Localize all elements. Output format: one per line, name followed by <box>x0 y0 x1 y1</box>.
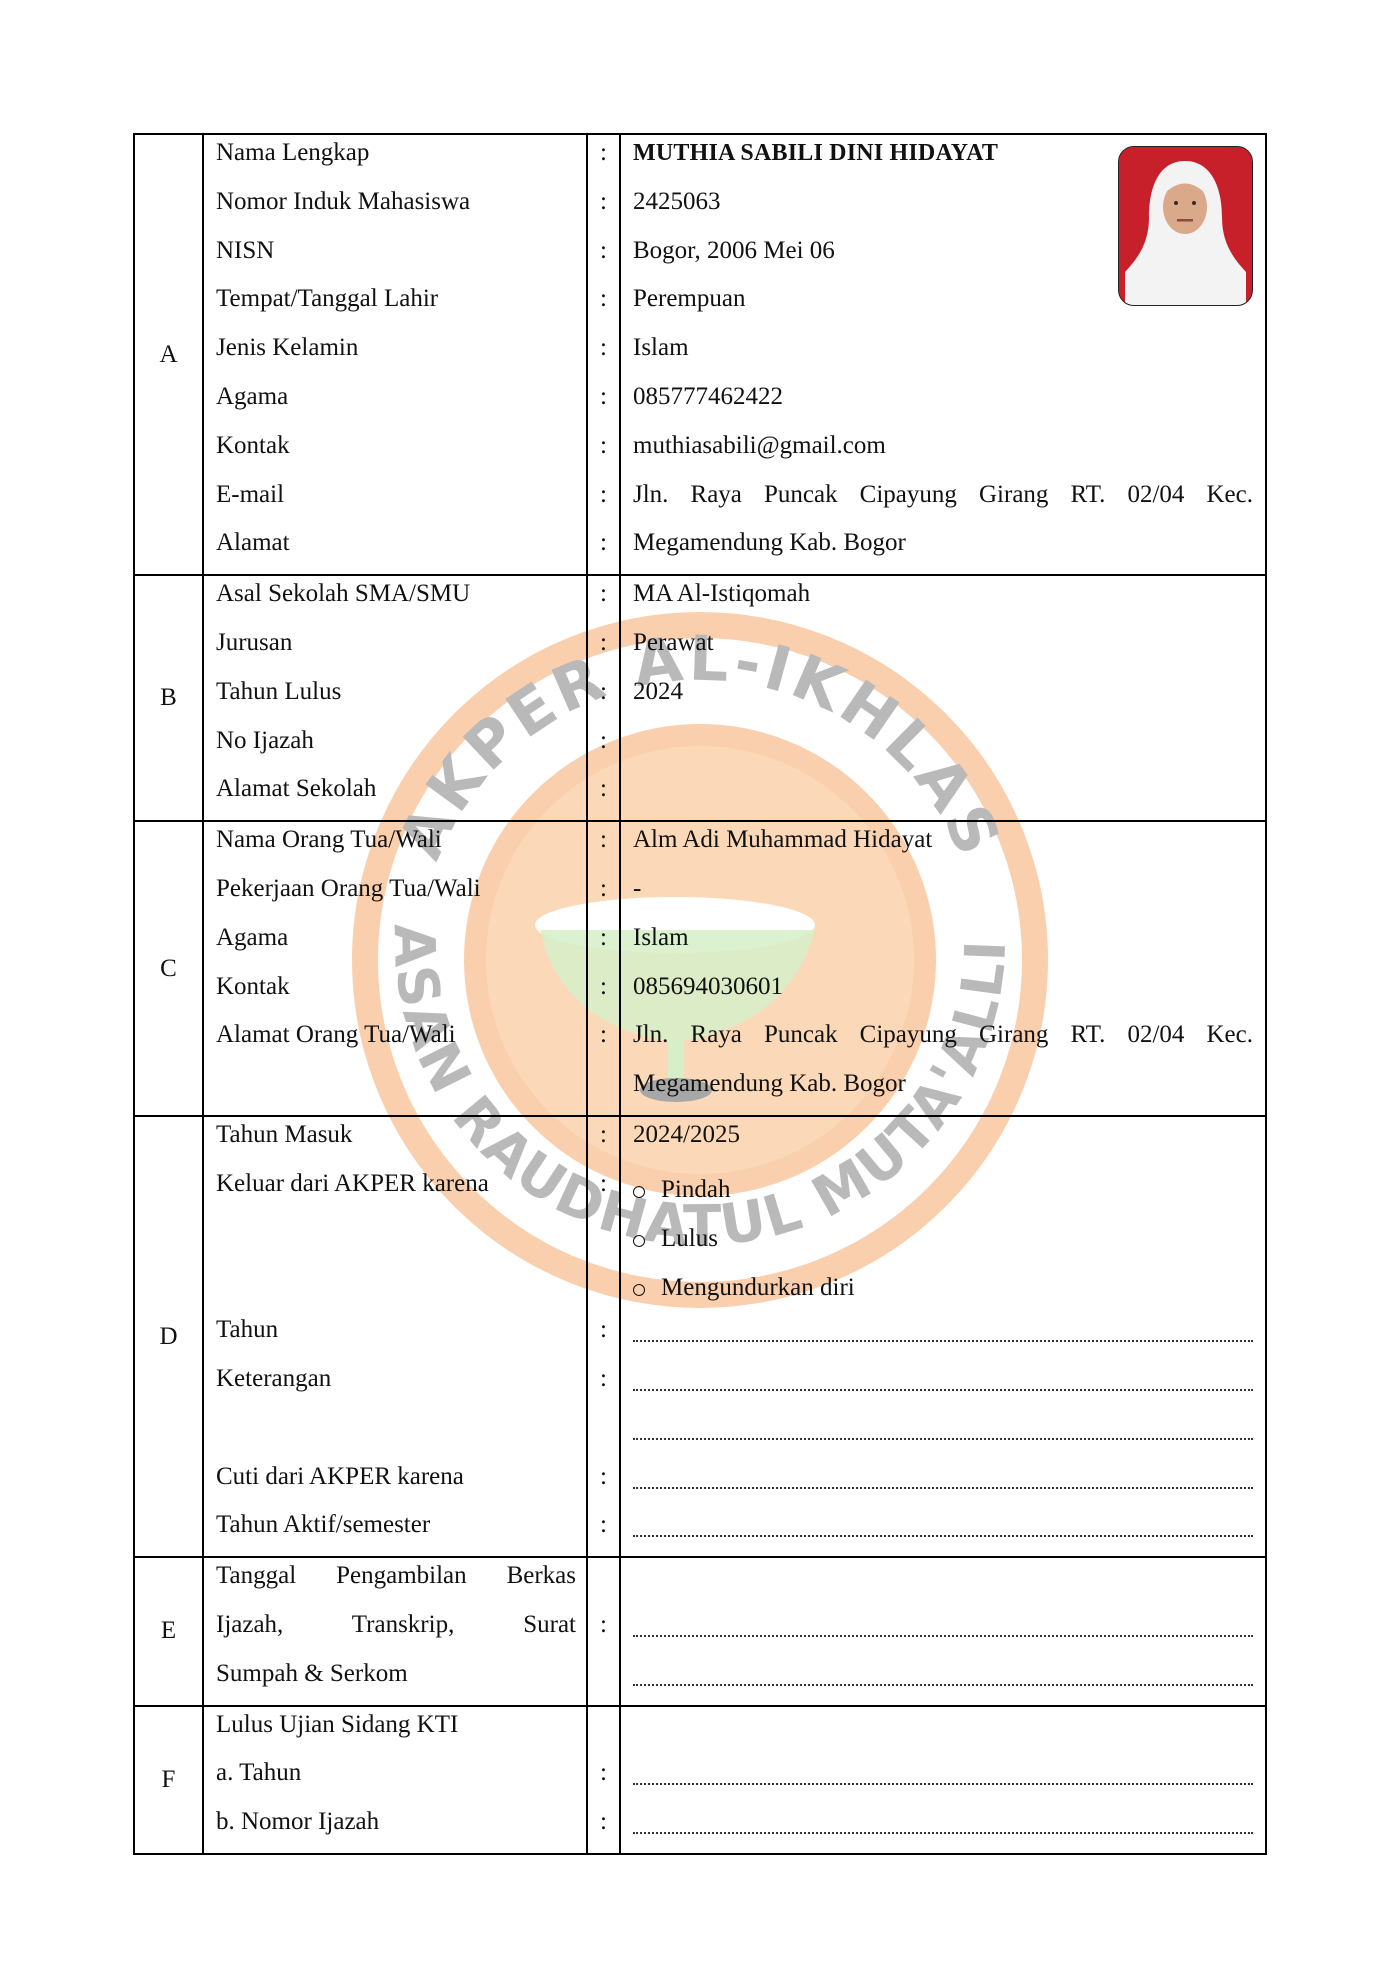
field-label-0: Tahun Masuk <box>204 1117 586 1166</box>
section-a-colons: ::::::::: <box>587 134 620 575</box>
colon-separator-1: : <box>588 625 619 674</box>
field-label-0: Asal Sekolah SMA/SMU <box>204 576 586 625</box>
field-label-1: Nomor Induk Mahasiswa <box>204 184 586 233</box>
field-label-0: Nama Lengkap <box>204 135 586 184</box>
kti-nomor-ijazah-blank[interactable] <box>621 1804 1265 1853</box>
colon-separator-5: : <box>588 379 619 428</box>
colon-separator-2: : <box>588 674 619 723</box>
section-f: F Lulus Ujian Sidang KTIa. Tahunb. Nomor… <box>134 1706 1266 1854</box>
colon-separator-2 <box>588 1215 619 1264</box>
tanggal-berkas-blank-2[interactable] <box>621 1656 1265 1705</box>
section-c-labels: Nama Orang Tua/WaliPekerjaan Orang Tua/W… <box>203 821 587 1116</box>
field-label-3: No Ijazah <box>204 723 586 772</box>
colon-separator-7: : <box>588 1459 619 1508</box>
field-value-1: - <box>621 871 1265 920</box>
field-label-1: a. Tahun <box>204 1755 586 1804</box>
field-value-5: Megamendung Kab. Bogor <box>621 1066 1265 1115</box>
section-f-labels: Lulus Ujian Sidang KTIa. Tahunb. Nomor I… <box>203 1706 587 1854</box>
colon-separator-4: : <box>588 1017 619 1066</box>
field-value-1: Perawat <box>621 625 1265 674</box>
section-letter: D <box>134 1116 203 1557</box>
field-label-7: Cuti dari AKPER karena <box>204 1459 586 1508</box>
colon-separator-1: : <box>588 1166 619 1215</box>
colon-separator-1: : <box>588 871 619 920</box>
kti-tahun-blank[interactable] <box>621 1755 1265 1804</box>
field-value-2: Islam <box>621 920 1265 969</box>
section-letter: C <box>134 821 203 1116</box>
colon-separator-4: : <box>588 330 619 379</box>
tahun-aktif-blank[interactable] <box>621 1507 1265 1556</box>
field-label-2: Agama <box>204 920 586 969</box>
field-label-7: E-mail <box>204 477 586 526</box>
section-c: C Nama Orang Tua/WaliPekerjaan Orang Tua… <box>134 821 1266 1116</box>
section-a-labels: Nama LengkapNomor Induk MahasiswaNISNTem… <box>203 134 587 575</box>
field-label-3: Kontak <box>204 969 586 1018</box>
field-label-2 <box>204 1215 586 1264</box>
field-value-3 <box>621 723 1265 772</box>
section-a-values: MUTHIA SABILI DINI HIDAYAT2425063Bogor, … <box>620 134 1266 575</box>
field-label-5: Agama <box>204 379 586 428</box>
cuti-blank[interactable] <box>621 1459 1265 1508</box>
colon-separator-0: : <box>588 135 619 184</box>
colon-separator-3: : <box>588 969 619 1018</box>
exit-option-mengundurkan-diri[interactable]: Mengundurkan diri <box>621 1263 1265 1312</box>
keterangan-blank-2[interactable] <box>621 1410 1265 1459</box>
field-label-3: Tempat/Tanggal Lahir <box>204 281 586 330</box>
colon-separator-7: : <box>588 477 619 526</box>
berkas-label-line-1: Tanggal Pengambilan Berkas <box>216 1558 576 1594</box>
section-f-colons: :: <box>587 1706 620 1854</box>
tanggal-berkas-blank-1[interactable] <box>621 1607 1265 1656</box>
colon-separator-8: : <box>588 525 619 574</box>
section-letter: A <box>134 134 203 575</box>
colon-separator-6 <box>588 1410 619 1459</box>
field-value-8: Megamendung Kab. Bogor <box>621 525 1265 574</box>
section-d: D Tahun MasukKeluar dari AKPER karenaTah… <box>134 1116 1266 1557</box>
section-b-colons: ::::: <box>587 575 620 821</box>
colon-separator-1: : <box>588 184 619 233</box>
colon-separator-1: : <box>588 1607 619 1656</box>
colon-separator-2: : <box>588 1804 619 1853</box>
exit-option-pindah[interactable]: Pindah <box>621 1166 1265 1215</box>
keterangan-blank-1[interactable] <box>621 1361 1265 1410</box>
field-value-5: 085777462422 <box>621 379 1265 428</box>
section-d-colons: :::::: <box>587 1116 620 1557</box>
section-a: A Nama LengkapNomor Induk MahasiswaNISNT… <box>134 134 1266 575</box>
section-e-colons: : <box>587 1557 620 1705</box>
field-value-3: 085694030601 <box>621 969 1265 1018</box>
berkas-label-line-2: Ijazah, Transkrip, Surat <box>216 1607 576 1643</box>
field-label-2: b. Nomor Ijazah <box>204 1804 586 1853</box>
section-b: B Asal Sekolah SMA/SMUJurusanTahun Lulus… <box>134 575 1266 821</box>
field-label-1: Pekerjaan Orang Tua/Wali <box>204 871 586 920</box>
field-value-4: Islam <box>621 330 1265 379</box>
field-label-1: Jurusan <box>204 625 586 674</box>
section-e-values <box>620 1557 1266 1705</box>
field-label-2: NISN <box>204 233 586 282</box>
student-data-table: A Nama LengkapNomor Induk MahasiswaNISNT… <box>133 133 1267 1855</box>
field-label-4: Alamat Sekolah <box>204 771 586 820</box>
tahun-keluar-blank[interactable] <box>621 1312 1265 1361</box>
section-letter: E <box>134 1557 203 1705</box>
colon-separator-0 <box>588 1707 619 1756</box>
field-label-5: Keterangan <box>204 1361 586 1410</box>
colon-separator-4: : <box>588 771 619 820</box>
field-label-0: Nama Orang Tua/Wali <box>204 822 586 871</box>
colon-separator-5 <box>588 1066 619 1115</box>
field-value-0: Alm Adi Muhammad Hidayat <box>621 822 1265 871</box>
section-e-labels: Tanggal Pengambilan Berkas Ijazah, Trans… <box>203 1557 587 1705</box>
field-label-8: Alamat <box>204 525 586 574</box>
field-value-2: 2024 <box>621 674 1265 723</box>
colon-separator-4: : <box>588 1312 619 1361</box>
field-label-3 <box>204 1263 586 1312</box>
section-letter: B <box>134 575 203 821</box>
field-label-8: Tahun Aktif/semester <box>204 1507 586 1556</box>
colon-separator-3 <box>588 1263 619 1312</box>
section-c-colons: ::::: <box>587 821 620 1116</box>
field-value-4: Jln. Raya Puncak Cipayung Girang RT. 02/… <box>621 1017 1265 1066</box>
colon-separator-3: : <box>588 281 619 330</box>
section-b-labels: Asal Sekolah SMA/SMUJurusanTahun LulusNo… <box>203 575 587 821</box>
field-value-6: muthiasabili@gmail.com <box>621 428 1265 477</box>
exit-option-lulus[interactable]: Lulus <box>621 1215 1265 1264</box>
field-label-0: Lulus Ujian Sidang KTI <box>204 1707 586 1756</box>
section-f-values <box>620 1706 1266 1854</box>
colon-separator-0 <box>588 1558 619 1607</box>
radio-circle-icon[interactable] <box>633 1186 645 1198</box>
section-c-values: Alm Adi Muhammad Hidayat-Islam0856940306… <box>620 821 1266 1116</box>
student-photo <box>1118 146 1253 306</box>
field-value-4 <box>621 771 1265 820</box>
colon-separator-8: : <box>588 1507 619 1556</box>
colon-separator-0: : <box>588 822 619 871</box>
radio-circle-icon[interactable] <box>633 1284 645 1296</box>
colon-separator-0: : <box>588 576 619 625</box>
tahun-masuk-value: 2024/2025 <box>621 1117 1265 1166</box>
person-portrait-icon <box>1119 147 1252 305</box>
section-e: E Tanggal Pengambilan Berkas Ijazah, Tra… <box>134 1557 1266 1705</box>
colon-separator-2 <box>588 1656 619 1705</box>
field-value-7: Jln. Raya Puncak Cipayung Girang RT. 02/… <box>621 477 1265 526</box>
colon-separator-5: : <box>588 1361 619 1410</box>
colon-separator-0: : <box>588 1117 619 1166</box>
section-d-values: 2024/2025 Pindah Lulus Mengundurkan diri <box>620 1116 1266 1557</box>
field-label-1: Keluar dari AKPER karena <box>204 1166 586 1215</box>
colon-separator-2: : <box>588 233 619 282</box>
colon-separator-3: : <box>588 723 619 772</box>
field-label-4: Alamat Orang Tua/Wali <box>204 1017 586 1066</box>
berkas-label-line-3: Sumpah & Serkom <box>216 1656 586 1692</box>
section-b-values: MA Al-IstiqomahPerawat2024 <box>620 575 1266 821</box>
field-label-6 <box>204 1410 586 1459</box>
field-value-0: MA Al-Istiqomah <box>621 576 1265 625</box>
field-label-6: Kontak <box>204 428 586 477</box>
colon-separator-6: : <box>588 428 619 477</box>
field-label-4: Jenis Kelamin <box>204 330 586 379</box>
radio-circle-icon[interactable] <box>633 1235 645 1247</box>
field-label-2: Tahun Lulus <box>204 674 586 723</box>
field-label-4: Tahun <box>204 1312 586 1361</box>
colon-separator-2: : <box>588 920 619 969</box>
section-letter: F <box>134 1706 203 1854</box>
section-d-labels: Tahun MasukKeluar dari AKPER karenaTahun… <box>203 1116 587 1557</box>
colon-separator-1: : <box>588 1755 619 1804</box>
field-label-5 <box>204 1066 586 1115</box>
